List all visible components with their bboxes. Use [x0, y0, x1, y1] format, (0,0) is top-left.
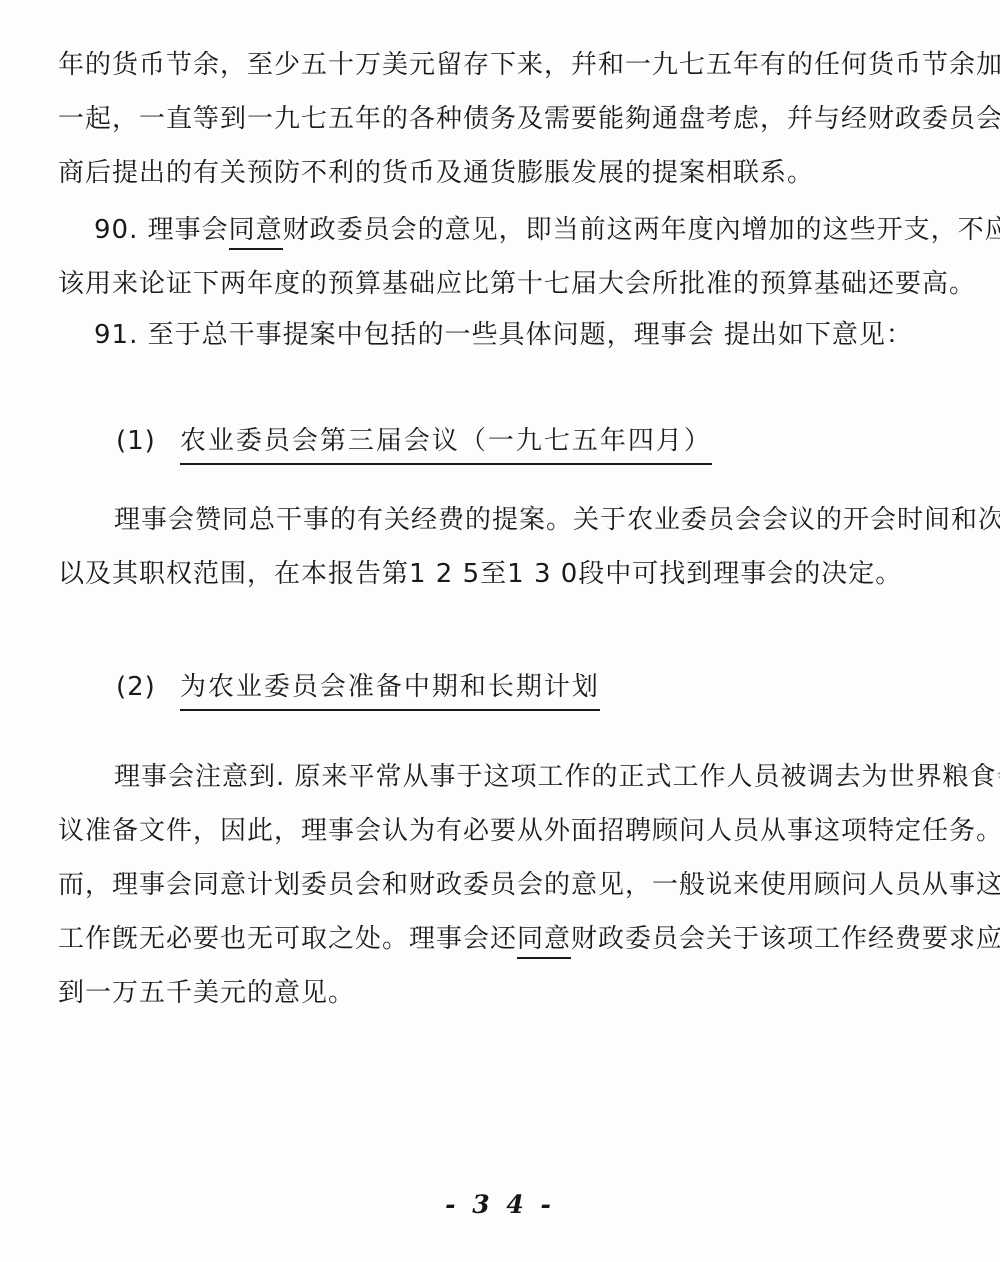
text-line: 而，理事会同意计划委员会和财政委员会的意见，一般说来使用顾问人员从事这种	[58, 858, 958, 912]
text-segment: 91. 至于总干事提案中包括的一些具体问题，理事会 提出如下意见：	[94, 320, 913, 350]
text-segment: 年的货币节余，至少五十万美元留存下来，幷和一九七五年有的任何货币节余加在	[58, 50, 1000, 80]
text-segment: 90. 理事会	[94, 215, 229, 245]
underlined-text: 同意	[229, 215, 283, 250]
paragraph-90: 90. 理事会同意财政委员会的意见，即当前这两年度內增加的这些开支，不应该用来论…	[58, 203, 958, 311]
text-line: 到一万五千美元的意见。	[58, 966, 958, 1020]
text-segment: 财政委员会的意见，即当前这两年度內增加的这些开支，不应	[283, 215, 1000, 245]
text-segment: 而，理事会同意计划委员会和财政委员会的意见，一般说来使用顾问人员从事这种	[58, 870, 1000, 900]
text-segment: 以及其职权范围，在本报告第1 2 5至1 3 0段中可找到理事会的决定。	[58, 559, 902, 589]
text-line: 以及其职权范围，在本报告第1 2 5至1 3 0段中可找到理事会的决定。	[58, 547, 958, 601]
text-line: 年的货币节余，至少五十万美元留存下来，幷和一九七五年有的任何货币节余加在	[58, 38, 958, 92]
section-heading-2: (2)为农业委员会准备中期和长期计划	[116, 669, 1000, 705]
underlined-text: 同意	[517, 924, 571, 959]
document-page: 年的货币节余，至少五十万美元留存下来，幷和一九七五年有的任何货币节余加在一起，一…	[0, 0, 1000, 1262]
paragraph-section-2: 理事会注意到. 原来平常从事于这项工作的正式工作人员被调去为世界粮食会议准备文件…	[58, 750, 958, 1020]
text-line: 理事会注意到. 原来平常从事于这项工作的正式工作人员被调去为世界粮食会	[58, 750, 958, 804]
text-line: 91. 至于总干事提案中包括的一些具体问题，理事会 提出如下意见：	[58, 308, 958, 362]
heading-title: 为农业委员会准备中期和长期计划	[180, 672, 600, 711]
text-line: 90. 理事会同意财政委员会的意见，即当前这两年度內增加的这些开支，不应	[58, 203, 958, 257]
text-segment: 议准备文件，因此，理事会认为有必要从外面招聘顾问人员从事这项特定任务。然	[58, 816, 1000, 846]
page-number: - 3 4 -	[0, 1190, 1000, 1219]
text-line: 工作旣无必要也无可取之处。理事会还同意财政委员会关于该项工作经费要求应降	[58, 912, 958, 966]
text-line: 理事会赞同总干事的有关经费的提案。关于农业委员会会议的开会时间和次数，	[58, 493, 958, 547]
text-segment: 工作旣无必要也无可取之处。理事会还	[58, 924, 517, 954]
text-segment: 到一万五千美元的意见。	[58, 978, 355, 1008]
paragraph-section-1: 理事会赞同总干事的有关经费的提案。关于农业委员会会议的开会时间和次数，以及其职权…	[58, 493, 958, 601]
text-segment: 理事会赞同总干事的有关经费的提案。关于农业委员会会议的开会时间和次数，	[114, 505, 1000, 535]
text-segment: 一起，一直等到一九七五年的各种债务及需要能夠通盘考虑，幷与经财政委员会磋	[58, 104, 1000, 134]
heading-title: 农业委员会第三届会议（一九七五年四月）	[180, 426, 712, 465]
text-segment: 财政委员会关于该项工作经费要求应降	[571, 924, 1000, 954]
text-line: 一起，一直等到一九七五年的各种债务及需要能夠通盘考虑，幷与经财政委员会磋	[58, 92, 958, 146]
paragraph-91: 91. 至于总干事提案中包括的一些具体问题，理事会 提出如下意见：	[58, 308, 958, 362]
text-segment: 理事会注意到. 原来平常从事于这项工作的正式工作人员被调去为世界粮食会	[114, 762, 1000, 792]
text-line: 商后提出的有关预防不利的货币及通货膨脹发展的提案相联系。	[58, 146, 958, 200]
heading-marker: (1)	[116, 423, 156, 459]
paragraph-continuation: 年的货币节余，至少五十万美元留存下来，幷和一九七五年有的任何货币节余加在一起，一…	[58, 38, 958, 200]
section-heading-1: (1)农业委员会第三届会议（一九七五年四月）	[116, 423, 1000, 459]
text-line: 议准备文件，因此，理事会认为有必要从外面招聘顾问人员从事这项特定任务。然	[58, 804, 958, 858]
text-segment: 该用来论证下两年度的预算基础应比第十七届大会所批准的预算基础还要高。	[58, 269, 976, 299]
text-line: 该用来论证下两年度的预算基础应比第十七届大会所批准的预算基础还要高。	[58, 257, 958, 311]
heading-marker: (2)	[116, 669, 156, 705]
text-segment: 商后提出的有关预防不利的货币及通货膨脹发展的提案相联系。	[58, 158, 814, 188]
